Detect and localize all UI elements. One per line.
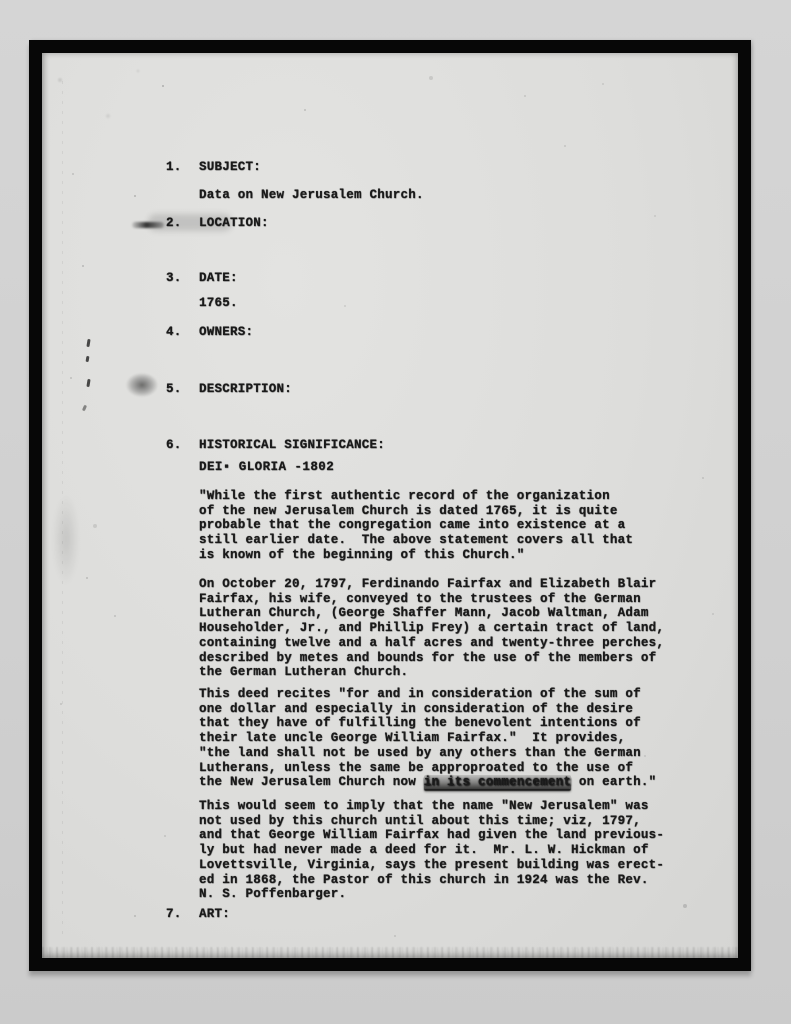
paragraph-name-origin: This would seem to imply that the name "…	[199, 799, 739, 902]
deed-text-end: on earth."	[571, 775, 656, 789]
section-owners: 4.OWNERS:	[166, 325, 253, 340]
paragraph-conveyance: On October 20, 1797, Ferdinando Fairfax …	[199, 577, 739, 680]
section-number: 4.	[166, 325, 199, 340]
section-location: 2.LOCATION:	[166, 216, 269, 231]
section-label: HISTORICAL SIGNIFICANCE:	[199, 438, 385, 452]
section-number: 3.	[166, 271, 199, 286]
fold-line-artifact	[62, 81, 63, 939]
section-number: 2.	[166, 216, 199, 231]
paragraph-deed-recites: This deed recites "for and in considerat…	[199, 687, 739, 790]
section-date: 3.DATE:	[166, 271, 238, 286]
section-label: OWNERS:	[199, 325, 253, 339]
subject-value: Data on New Jerusalem Church.	[199, 188, 424, 203]
section-label: SUBJECT:	[199, 160, 261, 174]
section-historical-significance: 6.HISTORICAL SIGNIFICANCE:	[166, 438, 385, 453]
section-label: ART:	[199, 907, 230, 921]
section-description: 5.DESCRIPTION:	[166, 382, 292, 397]
section-label: DATE:	[199, 271, 238, 285]
scan-noise-corner	[42, 53, 162, 143]
section-subject: 1.SUBJECT:	[166, 160, 261, 175]
margin-smear	[52, 491, 80, 587]
inscription-subheading: DEI▪ GLORIA -1802	[199, 460, 334, 475]
paragraph-organization: "While the first authentic record of the…	[199, 489, 739, 563]
section-label: LOCATION:	[199, 216, 269, 230]
dust-speckles	[42, 53, 44, 55]
document-page: 1.SUBJECT: Data on New Jerusalem Church.…	[42, 53, 738, 958]
ink-dash-artifact	[132, 222, 164, 228]
section-number: 1.	[166, 160, 199, 175]
overstruck-text: in its commencement	[424, 775, 571, 789]
margin-mark	[86, 339, 90, 347]
deed-text-start: This deed recites "for and in considerat…	[199, 687, 641, 789]
margin-mark	[86, 356, 90, 362]
section-number: 5.	[166, 382, 199, 397]
scan-noise-bottom	[42, 947, 738, 958]
margin-mark	[86, 379, 90, 387]
section-number: 7.	[166, 907, 199, 922]
photo-frame: 1.SUBJECT: Data on New Jerusalem Church.…	[29, 40, 751, 971]
section-number: 6.	[166, 438, 199, 453]
section-label: DESCRIPTION:	[199, 382, 292, 396]
section-art: 7.ART:	[166, 907, 230, 922]
margin-mark	[82, 405, 87, 412]
ink-blob-artifact	[126, 373, 158, 397]
scan-background: 1.SUBJECT: Data on New Jerusalem Church.…	[0, 0, 791, 1024]
date-value: 1765.	[199, 296, 238, 311]
